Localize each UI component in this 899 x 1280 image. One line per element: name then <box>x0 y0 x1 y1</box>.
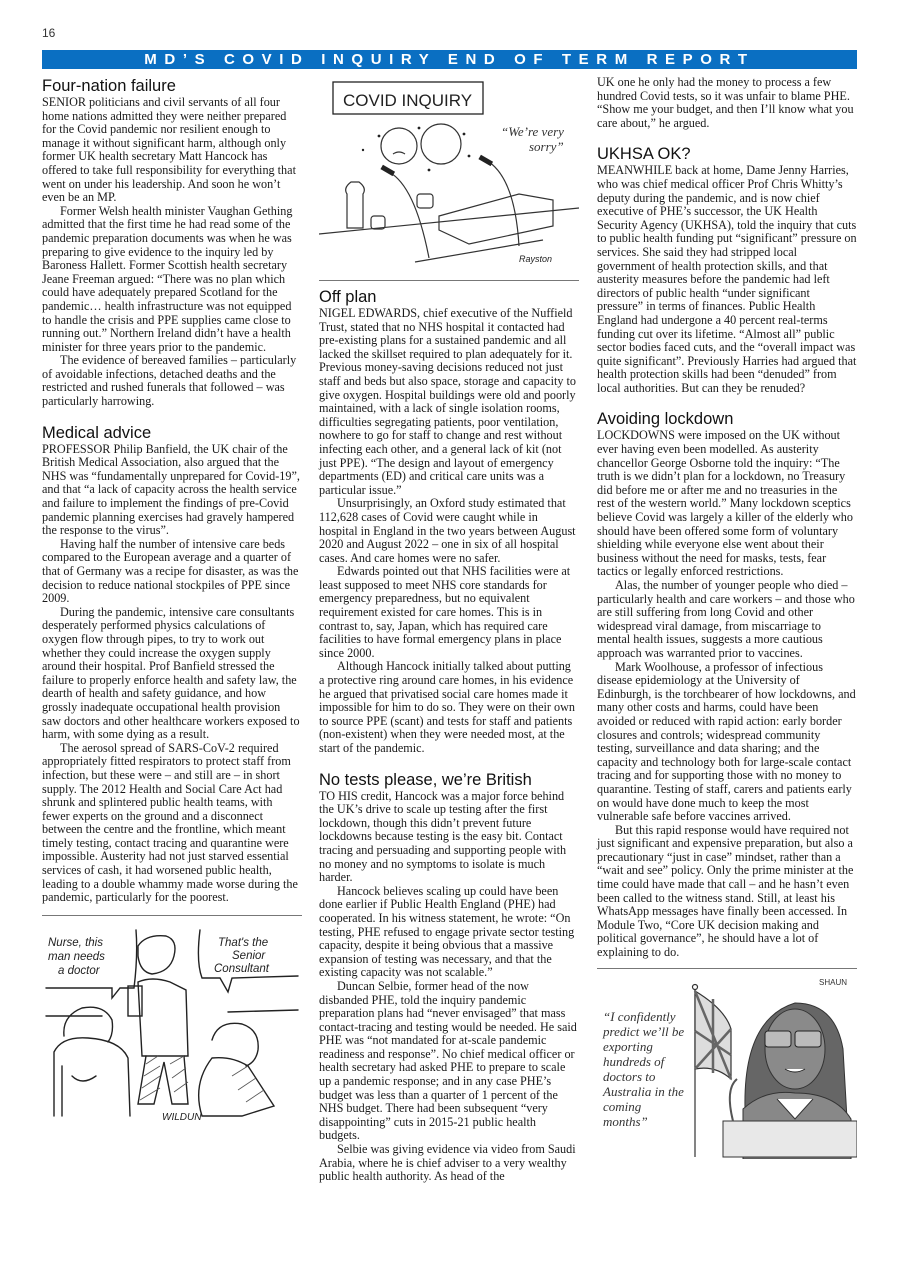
paragraph: Having half the number of intensive care… <box>42 538 302 606</box>
paragraph: NIGEL EDWARDS, chief executive of the Nu… <box>319 307 579 497</box>
svg-text:sorry”: sorry” <box>529 139 564 154</box>
paragraph: Unsurprisingly, an Oxford study estimate… <box>319 497 579 565</box>
paragraph: Mark Woolhouse, a professor of infectiou… <box>597 661 857 824</box>
paragraph: During the pandemic, intensive care cons… <box>42 606 302 742</box>
svg-text:Senior: Senior <box>232 950 266 962</box>
svg-text:Consultant: Consultant <box>214 963 270 975</box>
section-four-nation-failure: Four-nation failure SENIOR politicians a… <box>42 76 302 409</box>
minister-cartoon-drawing: SHAUN <box>685 969 857 1159</box>
minister-cartoon-caption: “I confidently predict we’ll be exportin… <box>597 969 685 1159</box>
paragraph: SENIOR politicians and civil servants of… <box>42 96 302 205</box>
paragraph: Selbie was giving evidence via video fro… <box>319 1143 579 1184</box>
section-avoiding-lockdown: Avoiding lockdown LOCKDOWNS were imposed… <box>597 409 857 959</box>
page-banner: MD’S COVID INQUIRY END OF TERM REPORT <box>42 50 857 69</box>
paragraph-continuation: UK one he only had the money to process … <box>597 76 857 130</box>
svg-text:a doctor: a doctor <box>58 965 101 977</box>
minister-signature: SHAUN <box>819 978 847 987</box>
column-3: UK one he only had the money to process … <box>597 76 857 1159</box>
paragraph: The aerosol spread of SARS-CoV-2 require… <box>42 742 302 905</box>
svg-text:“We’re very: “We’re very <box>501 124 564 139</box>
svg-text:Nurse, this: Nurse, this <box>48 937 103 949</box>
section-heading: UKHSA OK? <box>597 144 857 164</box>
paragraph: Edwards pointed out that NHS facilities … <box>319 565 579 660</box>
section-heading: Four-nation failure <box>42 76 302 96</box>
paragraph: Hancock believes scaling up could have b… <box>319 885 579 980</box>
svg-text:WILDUN: WILDUN <box>162 1112 202 1123</box>
inquiry-sign-text: COVID INQUIRY <box>343 91 472 110</box>
section-heading: No tests please, we’re British <box>319 770 579 790</box>
column-2: COVID INQUIRY “We’re very sorry” <box>319 76 579 1184</box>
nurse-cartoon: Nurse, this man needs a doctor That's th… <box>42 916 302 1126</box>
section-heading: Medical advice <box>42 423 302 443</box>
covid-inquiry-cartoon: COVID INQUIRY “We’re very sorry” <box>319 76 579 272</box>
page-number: 16 <box>42 26 55 40</box>
minister-cartoon: “I confidently predict we’ll be exportin… <box>597 969 857 1159</box>
inquiry-signature: Rayston <box>519 254 552 264</box>
paragraph: The evidence of bereaved families – part… <box>42 354 302 408</box>
section-medical-advice: Medical advice PROFESSOR Philip Banfield… <box>42 423 302 905</box>
section-off-plan: Off plan NIGEL EDWARDS, chief executive … <box>319 287 579 756</box>
section-ukhsa: UKHSA OK? MEANWHILE back at home, Dame J… <box>597 144 857 395</box>
paragraph: Former Welsh health minister Vaughan Get… <box>42 205 302 355</box>
paragraph: MEANWHILE back at home, Dame Jenny Harri… <box>597 164 857 395</box>
paragraph: PROFESSOR Philip Banfield, the UK chair … <box>42 443 302 538</box>
paragraph: Although Hancock initially talked about … <box>319 660 579 755</box>
paragraph: Duncan Selbie, former head of the now di… <box>319 980 579 1143</box>
nurse-cartoon-drawing: Nurse, this man needs a doctor That's th… <box>42 916 302 1126</box>
paragraph: LOCKDOWNS were imposed on the UK without… <box>597 429 857 579</box>
section-no-tests: No tests please, we’re British TO HIS cr… <box>319 770 579 1184</box>
covid-inquiry-drawing: COVID INQUIRY “We’re very sorry” <box>319 76 579 272</box>
column-1: Four-nation failure SENIOR politicians a… <box>42 76 302 1126</box>
svg-text:man needs: man needs <box>48 951 105 963</box>
section-heading: Avoiding lockdown <box>597 409 857 429</box>
paragraph: TO HIS credit, Hancock was a major force… <box>319 790 579 885</box>
paragraph: Alas, the number of younger people who d… <box>597 579 857 661</box>
section-heading: Off plan <box>319 287 579 307</box>
paragraph: But this rapid response would have requi… <box>597 824 857 960</box>
svg-text:That's the: That's the <box>218 937 268 949</box>
